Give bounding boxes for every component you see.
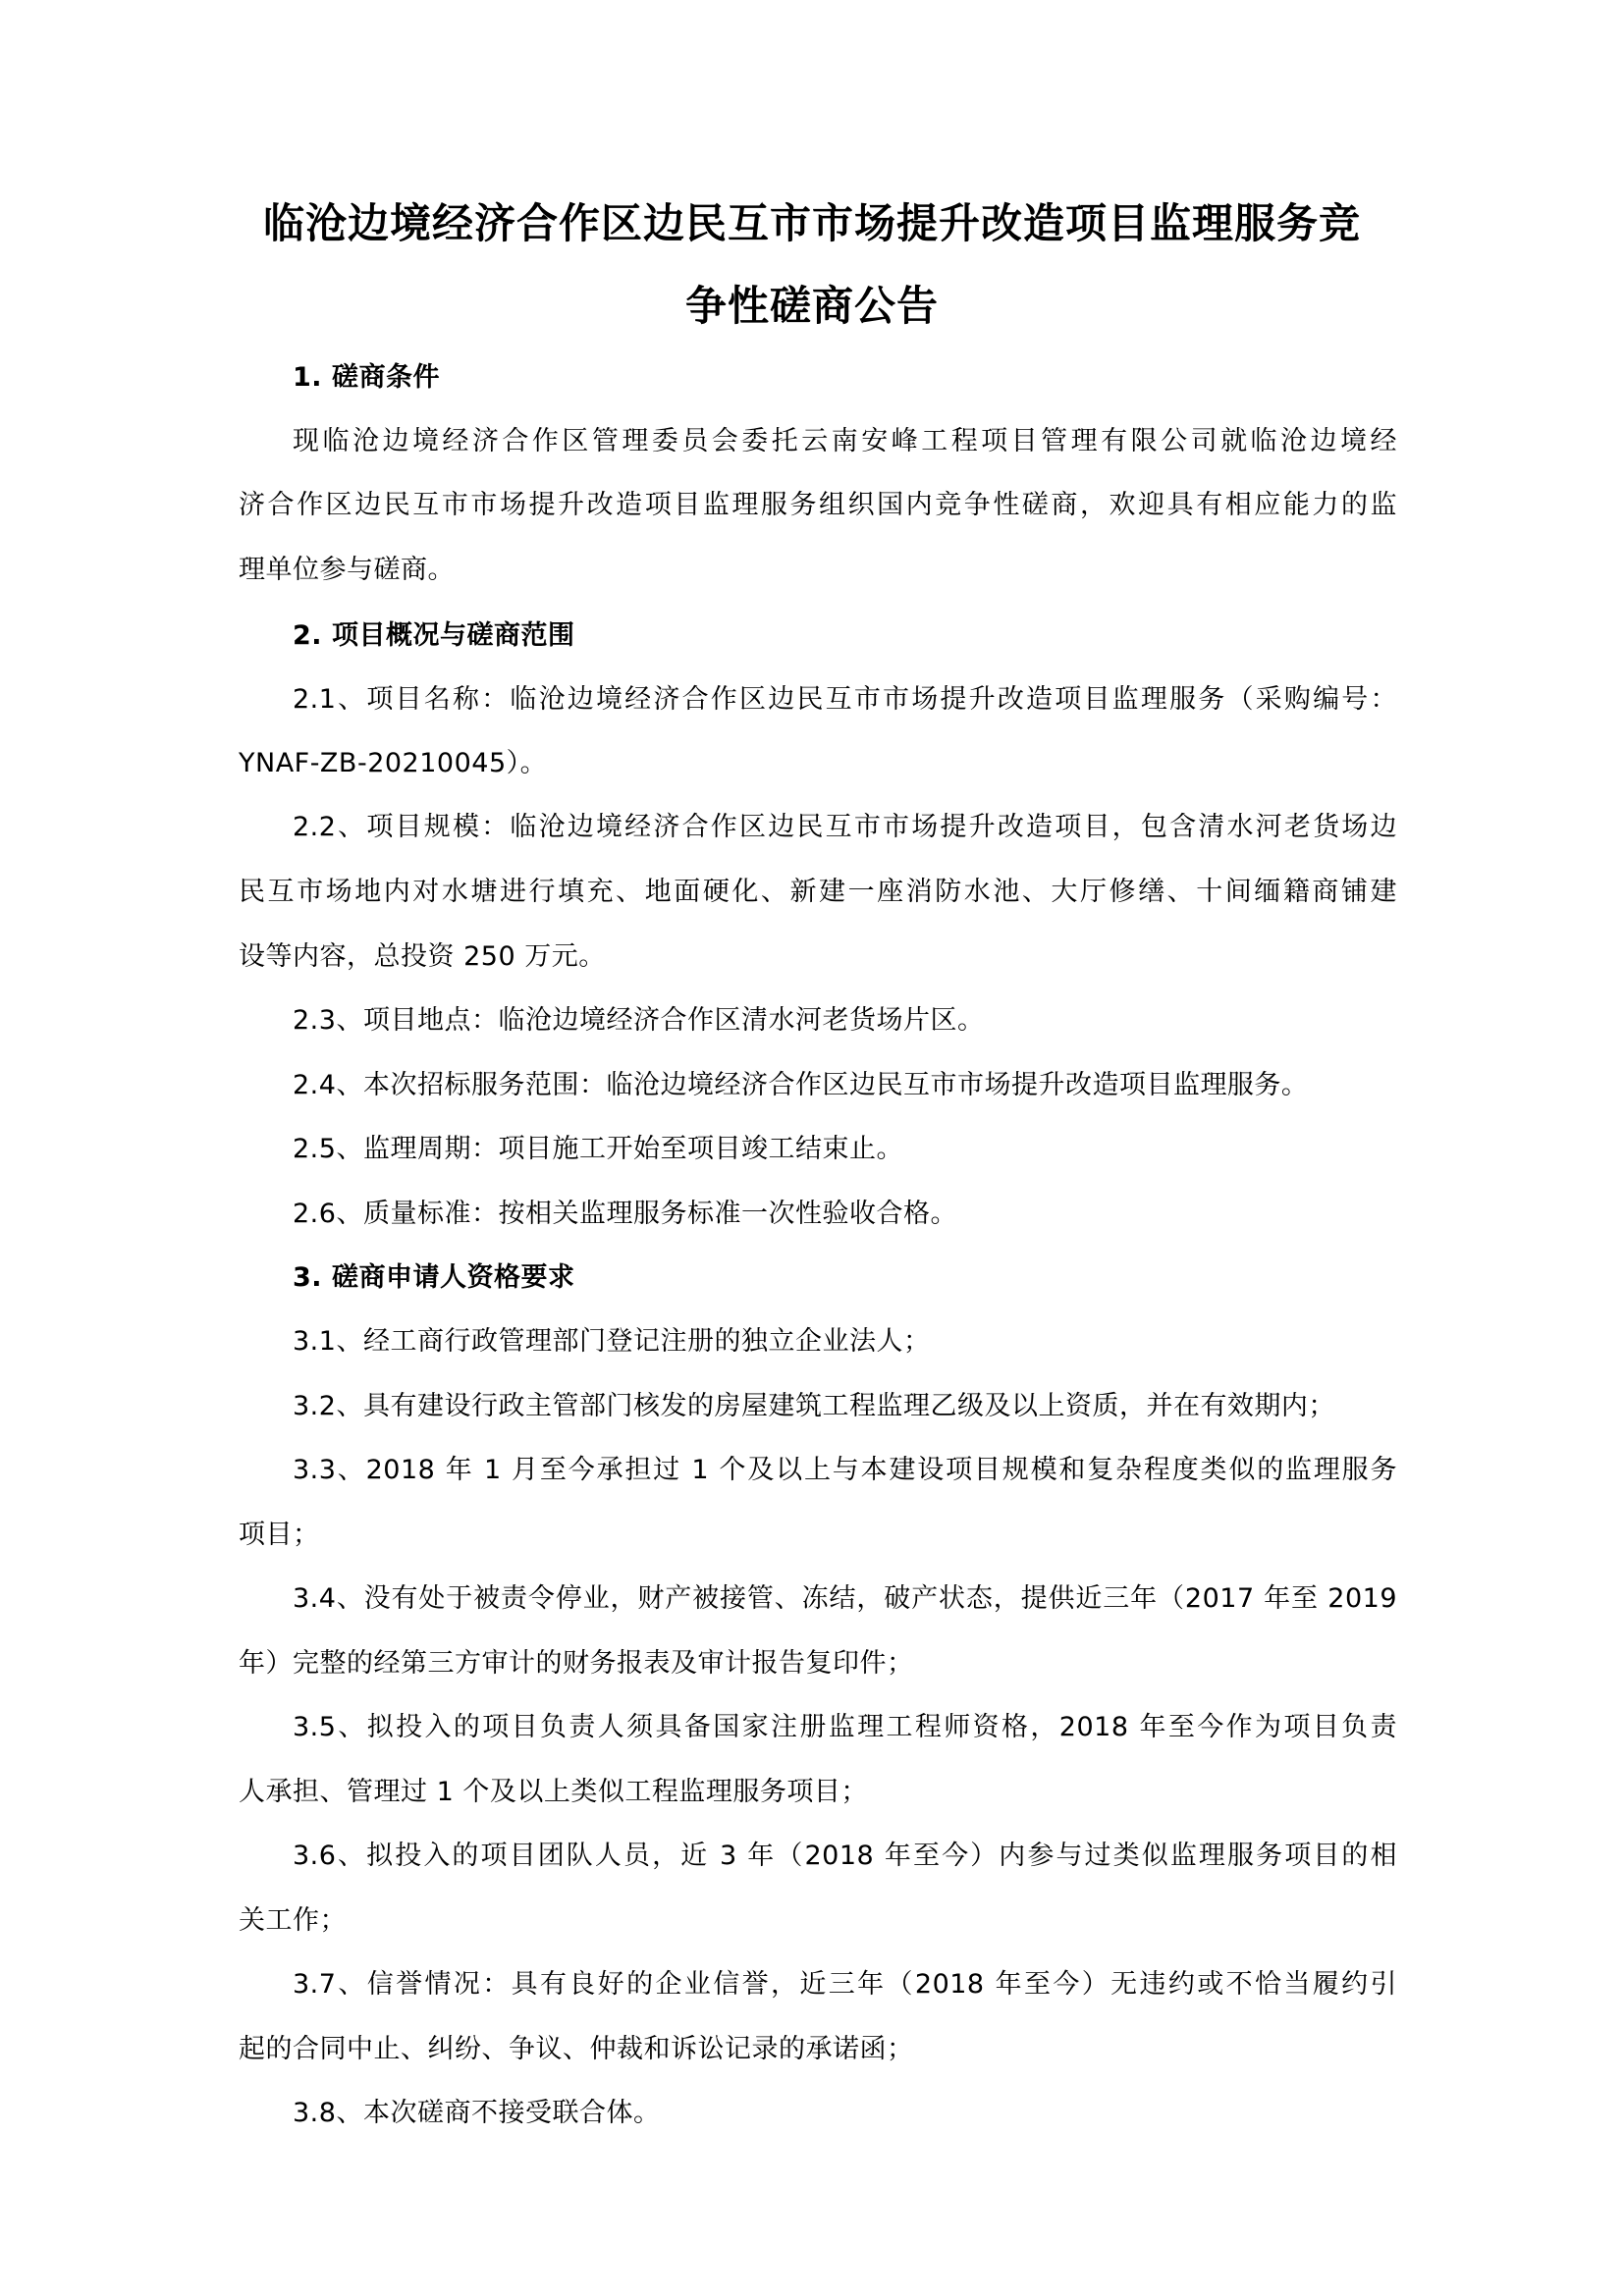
paragraph-line: 起的合同中止、纠纷、争议、仲裁和诉讼记录的承诺函； (239, 2032, 1397, 2067)
paragraph-line: 3.2、具有建设行政主管部门核发的房屋建筑工程监理乙级及以上资质，并在有效期内； (293, 1389, 1451, 1424)
paragraph-line: 民互市场地内对水塘进行填充、地面硬化、新建一座消防水池、大厅修缮、十间缅籍商铺建 (239, 875, 1397, 910)
document-title-line-1: 临沧边境经济合作区边民互市市场提升改造项目监理服务竞 (226, 199, 1398, 248)
paragraph-line: 2.3、项目地点：临沧边境经济合作区清水河老货场片区。 (293, 1003, 1451, 1039)
document-page: 临沧边境经济合作区边民互市市场提升改造项目监理服务竞 争性磋商公告 1. 磋商条… (0, 0, 1624, 2296)
paragraph-line: 3.5、拟投入的项目负责人须具备国家注册监理工程师资格，2018 年至今作为项目… (293, 1710, 1397, 1745)
section-heading-1: 1. 磋商条件 (293, 360, 1451, 396)
paragraph-line: 项目； (239, 1518, 1397, 1553)
paragraph-line: 3.3、2018 年 1 月至今承担过 1 个及以上与本建设项目规模和复杂程度类… (293, 1453, 1397, 1488)
paragraph-line: 2.2、项目规模：临沧边境经济合作区边民互市市场提升改造项目，包含清水河老货场边 (293, 810, 1397, 845)
paragraph-line: 济合作区边民互市市场提升改造项目监理服务组织国内竞争性磋商，欢迎具有相应能力的监 (239, 488, 1397, 523)
paragraph-line: 2.1、项目名称：临沧边境经济合作区边民互市市场提升改造项目监理服务（采购编号： (293, 682, 1397, 718)
paragraph-line: 3.6、拟投入的项目团队人员，近 3 年（2018 年至今）内参与过类似监理服务… (293, 1839, 1397, 1874)
paragraph-line: 2.4、本次招标服务范围：临沧边境经济合作区边民互市市场提升改造项目监理服务。 (293, 1068, 1451, 1103)
paragraph-line: 年）完整的经第三方审计的财务报表及审计报告复印件； (239, 1646, 1397, 1682)
paragraph-line: 理单位参与磋商。 (239, 553, 1397, 588)
paragraph-line: 2.6、质量标准：按相关监理服务标准一次性验收合格。 (293, 1197, 1451, 1232)
document-title-line-2: 争性磋商公告 (226, 282, 1398, 331)
paragraph-line: 3.8、本次磋商不接受联合体。 (293, 2096, 1451, 2131)
paragraph-line: 人承担、管理过 1 个及以上类似工程监理服务项目； (239, 1775, 1397, 1810)
paragraph-line: 3.7、信誉情况：具有良好的企业信誉，近三年（2018 年至今）无违约或不恰当履… (293, 1967, 1397, 2002)
paragraph-line: 3.4、没有处于被责令停业，财产被接管、冻结，破产状态，提供近三年（2017 年… (293, 1581, 1397, 1617)
paragraph-line: 3.1、经工商行政管理部门登记注册的独立企业法人； (293, 1324, 1451, 1360)
paragraph-line: 关工作； (239, 1903, 1397, 1939)
section-heading-3: 3. 磋商申请人资格要求 (293, 1260, 1451, 1296)
section-heading-2: 2. 项目概况与磋商范围 (293, 618, 1451, 654)
paragraph-line: 现临沧边境经济合作区管理委员会委托云南安峰工程项目管理有限公司就临沧边境经 (293, 424, 1397, 459)
paragraph-line: YNAF-ZB-20210045）。 (239, 746, 1397, 781)
paragraph-line: 2.5、监理周期：项目施工开始至项目竣工结束止。 (293, 1132, 1451, 1167)
paragraph-line: 设等内容，总投资 250 万元。 (239, 939, 1397, 975)
